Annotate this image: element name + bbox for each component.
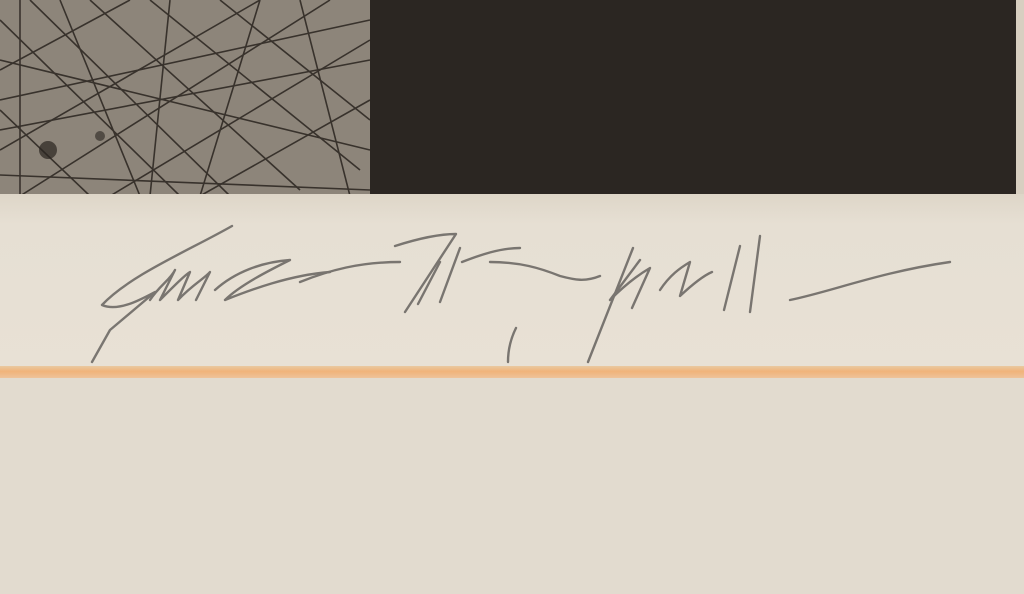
- mat-bevel-edge: [0, 366, 1024, 378]
- etching-photograph: James McGarrell: [0, 0, 1024, 594]
- mat-board: [0, 378, 1024, 594]
